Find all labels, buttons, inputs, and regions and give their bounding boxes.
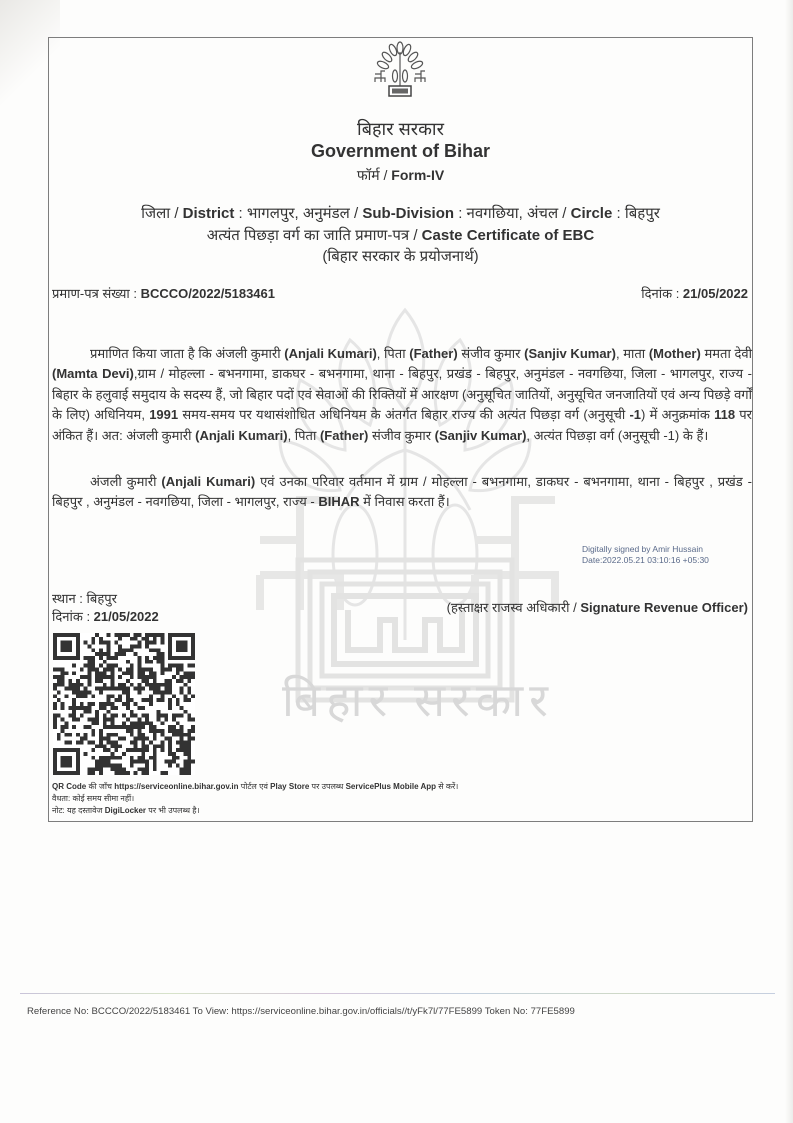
bihar-emblem-icon <box>369 40 431 98</box>
certificate-number-value: BCCCO/2022/5183461 <box>141 286 275 301</box>
circle-label: Circle <box>571 205 613 222</box>
digilocker-note: नोट: यह दस्तावेज DigiLocker पर भी उपलब्ध… <box>52 805 458 817</box>
certificate-number: प्रमाण-पत्र संख्या : BCCCO/2022/5183461 <box>52 284 275 302</box>
certificate-date-label: दिनांक : <box>641 286 683 301</box>
place-line: स्थान : बिहपुर <box>52 590 159 608</box>
certificate-title: अत्यंत पिछड़ा वर्ग का जाति प्रमाण-पत्र /… <box>48 225 753 245</box>
circle-value: : बिहपुर <box>612 205 660 222</box>
form-label-english: Form-IV <box>391 167 444 183</box>
watermark-text: बिहार सरकार <box>282 668 554 730</box>
form-number: फॉर्म / Form-IV <box>48 166 753 185</box>
digital-signature-date: Date:2022.05.21 03:10:16 +05:30 <box>582 555 709 566</box>
certificate-number-label: प्रमाण-पत्र संख्या : <box>52 286 141 301</box>
location-line: जिला / District : भागलपुर, अनुमंडल / Sub… <box>48 203 753 223</box>
digital-signature: Digitally signed by Amir Hussain Date:20… <box>582 544 709 566</box>
residence-paragraph: अंजली कुमारी (Anjali Kumari) एवं उनका पर… <box>52 472 752 513</box>
qr-verify-note: QR Code की जाँच https://serviceonline.bi… <box>52 781 458 793</box>
govt-title-english: Government of Bihar <box>48 141 753 162</box>
certificate-title-hindi: अत्यंत पिछड़ा वर्ग का जाति प्रमाण-पत्र / <box>207 227 422 244</box>
page-edge <box>785 0 793 1123</box>
signature-revenue-officer: (हस्ताक्षर राजस्व अधिकारी / Signature Re… <box>447 598 748 616</box>
subdivision-label: Sub-Division <box>362 205 454 222</box>
validity-note: वैधता: कोई समय सीमा नहीं। <box>52 793 458 805</box>
place-date-block: स्थान : बिहपुर दिनांक : 21/05/2022 <box>52 590 159 626</box>
digital-signature-signer: Digitally signed by Amir Hussain <box>582 544 709 555</box>
footer-divider <box>20 993 775 994</box>
reference-line: Reference No: BCCCO/2022/5183461 To View… <box>27 1006 575 1017</box>
govt-title-hindi: बिहार सरकार <box>48 117 753 141</box>
district-label: District <box>183 205 235 222</box>
certificate-purpose: (बिहार सरकार के प्रयोजनार्थ) <box>48 246 753 266</box>
certificate-date: दिनांक : 21/05/2022 <box>641 284 748 302</box>
qr-notes: QR Code की जाँच https://serviceonline.bi… <box>52 781 458 817</box>
certificate-title-english: Caste Certificate of EBC <box>422 227 595 244</box>
issue-date-line: दिनांक : 21/05/2022 <box>52 608 159 626</box>
form-label-hindi: फॉर्म / <box>357 167 388 183</box>
district-label-hindi: जिला / <box>141 205 178 222</box>
subdivision-value: : नवगछिया, अंचल / <box>454 205 571 222</box>
certificate-date-value: 21/05/2022 <box>683 286 748 301</box>
district-value: : भागलपुर, अनुमंडल / <box>234 205 362 222</box>
qr-code <box>53 633 195 775</box>
certification-paragraph: प्रमाणित किया जाता है कि अंजली कुमारी (A… <box>52 344 752 446</box>
